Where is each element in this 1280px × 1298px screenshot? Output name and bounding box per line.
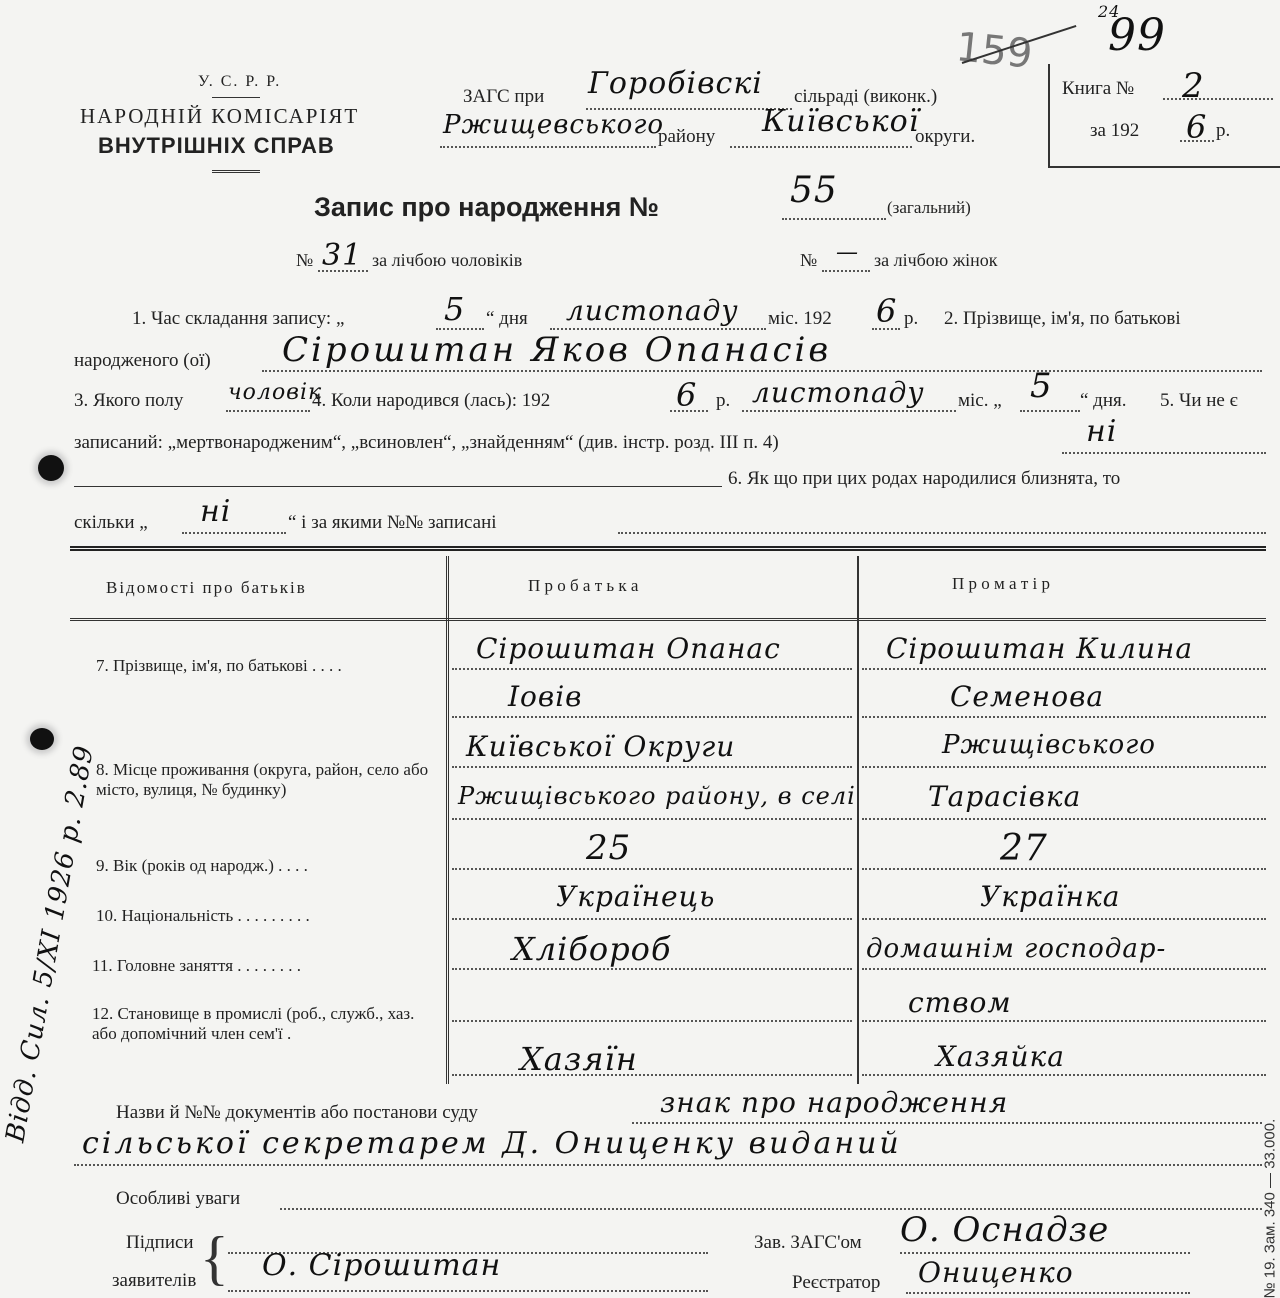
head-of-zags-signature[interactable]: О. Оснадзе: [900, 1210, 1109, 1250]
field1-month-suffix: міс. 192: [768, 308, 832, 330]
commissariat-line2: ВНУТРІШНІХ СПРАВ: [98, 133, 335, 159]
field1-day-suffix: “ дня: [486, 308, 528, 330]
mother-status[interactable]: Хазяйка: [936, 1040, 1065, 1073]
dotted-line: [782, 218, 886, 220]
dotted-line: [1062, 452, 1266, 454]
punch-hole: [38, 455, 64, 481]
title-suffix: (загальний): [887, 198, 971, 218]
dotted-line: [862, 766, 1266, 768]
dotted-line: [228, 1290, 708, 1292]
dotted-line: [452, 868, 852, 870]
registrar-label: Реєстратор: [792, 1272, 880, 1294]
divider: [212, 97, 260, 98]
dotted-line: [822, 270, 870, 272]
field2-label-cont: народженого (ої): [74, 350, 211, 372]
punch-hole: [30, 728, 54, 750]
dotted-line: [862, 716, 1266, 718]
dotted-line: [862, 818, 1266, 820]
field6-label-cont-a: скільки „: [74, 512, 148, 534]
applicant-signature[interactable]: О. Сірошитан: [262, 1248, 501, 1283]
table-header-border: [70, 618, 1266, 621]
women-count-prefix: №: [800, 250, 817, 271]
field1-year-value[interactable]: 6: [876, 292, 897, 330]
table-col-divider: [857, 556, 859, 1084]
dotted-line: [1163, 98, 1273, 100]
book-year-value[interactable]: 6: [1186, 108, 1207, 146]
republic-label: У. С. Р. Р.: [198, 73, 281, 91]
dotted-line: [452, 766, 852, 768]
men-count-prefix: №: [296, 250, 313, 271]
field4-label: 4. Коли народився (лась): 192: [312, 390, 550, 412]
dotted-line: [862, 868, 1266, 870]
row-label-nationality: 10. Національність . . . . . . . . .: [96, 906, 310, 926]
father-residence-line2[interactable]: Ржищівського району, в селі: [458, 782, 856, 810]
father-name-line2[interactable]: Іовів: [508, 680, 582, 713]
table-col-divider: [446, 556, 449, 1084]
field1-month-value[interactable]: листопаду: [566, 294, 739, 327]
table-header-info: Відомості про батьків: [106, 578, 307, 598]
dotted-line: [900, 1252, 1190, 1254]
dotted-line: [182, 532, 286, 534]
dotted-line: [632, 1122, 1262, 1124]
head-of-zags-label: Зав. ЗАГС'ом: [754, 1232, 862, 1254]
dotted-line: [862, 968, 1266, 970]
birth-month-suffix: міс. „: [958, 390, 1002, 412]
mother-name-line1[interactable]: Сірошитан Килина: [886, 632, 1193, 665]
dotted-line: [74, 1164, 1262, 1166]
father-age[interactable]: 25: [586, 828, 631, 868]
father-name-line1[interactable]: Сірошитан Опанас: [476, 632, 781, 665]
sex-value[interactable]: чоловік: [228, 380, 322, 405]
notes-label: Особливі уваги: [116, 1188, 240, 1210]
field1-year-suffix: р.: [904, 308, 918, 330]
father-status[interactable]: Хазяїн: [520, 1040, 638, 1078]
table-header-father: П р о б а т ь к а: [528, 576, 638, 596]
mother-residence-line1[interactable]: Ржищівського: [942, 730, 1156, 760]
birth-day-suffix: “ дня.: [1080, 390, 1127, 412]
row-label-name: 7. Прізвище, ім'я, по батькові . . . .: [96, 656, 342, 676]
row-label-status: 12. Становище в промислі (роб., служб., …: [92, 1004, 432, 1044]
okrug-value[interactable]: Київської: [762, 104, 919, 139]
field1-day-value[interactable]: 5: [444, 290, 465, 328]
birth-day-value[interactable]: 5: [1030, 366, 1053, 406]
birth-month-value[interactable]: листопаду: [752, 376, 925, 409]
dotted-line: [618, 532, 1266, 534]
commissariat-line1: НАРОДНІЙ КОМІСАРІЯТ: [80, 104, 359, 129]
archive-ink-number: 99: [1108, 10, 1166, 61]
book-box-border: [1048, 166, 1280, 168]
documents-label: Назви й №№ документів або постанови суду: [116, 1102, 478, 1124]
table-top-border: [70, 546, 1266, 551]
dotted-line: [862, 1074, 1266, 1076]
field5-label-cont: записаний: „мертвонародженим“, „всиновле…: [74, 432, 779, 454]
left-margin-note: Відд. Сил. 5/XI 1926 р. 2.89: [0, 745, 99, 1144]
mother-occupation-line1[interactable]: домашнім господар-: [866, 934, 1166, 964]
field6-label: 6. Як що при цих родах народилися близня…: [728, 468, 1120, 490]
women-count-value[interactable]: —: [836, 240, 859, 265]
book-number-value[interactable]: 2: [1182, 66, 1205, 106]
dotted-line: [452, 716, 852, 718]
dotted-line: [452, 968, 852, 970]
documents-value-line1[interactable]: знак про народження: [660, 1086, 1008, 1119]
table-header-mother: П р о м а т і р: [952, 574, 1050, 594]
print-run-note: № 19. Зам. 340 — 33.000.: [1262, 1059, 1279, 1298]
dotted-line: [906, 1292, 1190, 1294]
child-name-value[interactable]: Сiрошитан Яков Опанасів: [282, 330, 831, 370]
dotted-line: [452, 818, 852, 820]
field5-label: 5. Чи не є: [1160, 390, 1238, 412]
okrug-label: округи.: [915, 126, 975, 148]
mother-occupation-line2[interactable]: ством: [908, 986, 1012, 1019]
men-count-label: за лічбою чоловіків: [372, 250, 522, 271]
dotted-line: [1020, 410, 1080, 412]
blank-line: [74, 486, 722, 487]
field1-label: 1. Час складання запису: „: [132, 308, 344, 330]
book-year-suffix: р.: [1216, 120, 1230, 142]
page-title: Запис про народження №: [314, 192, 659, 223]
dotted-line: [862, 668, 1266, 670]
signature-brace: {: [200, 1228, 229, 1288]
dotted-line: [742, 410, 956, 412]
book-label: Книга №: [1062, 78, 1134, 100]
dotted-line: [452, 668, 852, 670]
book-year-prefix: за 192: [1090, 120, 1139, 142]
district-value[interactable]: Ржищевського: [443, 110, 664, 140]
dotted-line: [226, 410, 310, 412]
mother-name-line2[interactable]: Семенова: [950, 680, 1104, 713]
dotted-line: [452, 1074, 852, 1076]
zags-prefix: ЗАГС при: [463, 86, 544, 108]
signatures-label-1: Підписи: [126, 1232, 194, 1254]
men-count-value[interactable]: 31: [322, 238, 362, 273]
zags-village-value[interactable]: Горобівскі: [588, 66, 763, 101]
row-label-residence: 8. Місце проживання (округа, район, село…: [96, 760, 436, 800]
dotted-line: [862, 1020, 1266, 1022]
birth-year-value[interactable]: 6: [676, 376, 697, 414]
book-box-border: [1048, 64, 1050, 168]
district-label: району: [658, 126, 715, 148]
mother-age[interactable]: 27: [1000, 828, 1048, 869]
dotted-line: [440, 146, 656, 148]
dotted-line: [280, 1208, 1262, 1210]
documents-value-line2[interactable]: сільської секретарем Д. Ониценку виданий: [82, 1126, 902, 1161]
registrar-signature[interactable]: Ониценко: [918, 1256, 1074, 1289]
dotted-line: [730, 146, 912, 148]
mother-nationality[interactable]: Українка: [980, 880, 1120, 913]
signatures-label-2: заявителів: [112, 1270, 196, 1292]
dotted-line: [262, 370, 1262, 372]
field6-label-cont-b: “ і за якими №№ записані: [288, 512, 497, 534]
father-occupation[interactable]: Хлібороб: [512, 930, 671, 968]
record-number-value[interactable]: 55: [790, 170, 838, 211]
women-count-label: за лічбою жінок: [874, 250, 998, 271]
field2-label: 2. Прізвище, ім'я, по батькові: [944, 308, 1181, 330]
twins-value[interactable]: ні: [200, 494, 231, 529]
divider: [212, 170, 260, 173]
dotted-line: [452, 1020, 852, 1022]
dotted-line: [452, 918, 852, 920]
stillborn-value[interactable]: ні: [1086, 414, 1117, 449]
field3-label: 3. Якого полу: [74, 390, 183, 412]
row-label-occupation: 11. Головне заняття . . . . . . . .: [92, 956, 301, 976]
row-label-age: 9. Вік (років од народж.) . . . .: [96, 856, 308, 876]
mother-residence-line2[interactable]: Тарасівка: [928, 780, 1081, 813]
father-residence-line1[interactable]: Київської Округи: [466, 730, 735, 763]
birth-year-suffix: р.: [716, 390, 730, 412]
father-nationality[interactable]: Українець: [556, 880, 715, 913]
dotted-line: [862, 918, 1266, 920]
